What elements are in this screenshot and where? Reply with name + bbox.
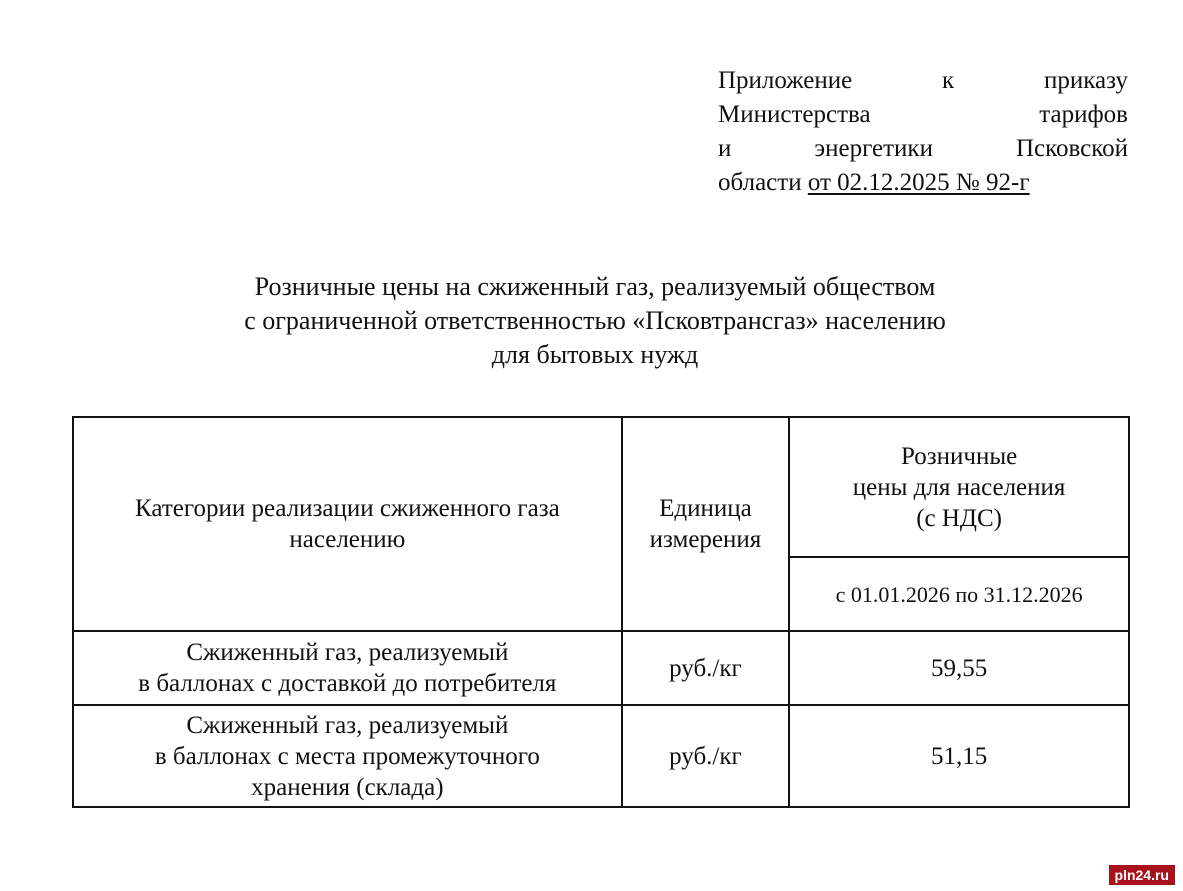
header-unit: Единица измерения	[622, 417, 789, 631]
appendix-header: Приложение к приказу Министерства тарифо…	[718, 64, 1128, 200]
row-unit: руб./кг	[622, 631, 789, 705]
row-price: 59,55	[789, 631, 1129, 705]
header-category: Категории реализации сжиженного газа нас…	[73, 417, 622, 631]
row-price: 51,15	[789, 705, 1129, 807]
appendix-prefix: области	[718, 169, 808, 196]
price-table: Категории реализации сжиженного газа нас…	[72, 416, 1130, 808]
row-category: Сжиженный газ, реализуемый в баллонах с …	[73, 631, 622, 705]
category-line: в баллонах с места промежуточного	[78, 741, 617, 772]
order-reference: от 02.12.2025 № 92-г	[808, 169, 1030, 196]
table-row: Сжиженный газ, реализуемый в баллонах с …	[73, 705, 1129, 807]
row-category: Сжиженный газ, реализуемый в баллонах с …	[73, 705, 622, 807]
title-line: для бытовых нужд	[150, 338, 1040, 372]
document-title: Розничные цены на сжиженный газ, реализу…	[150, 270, 1040, 372]
header-price: Розничные цены для населения (с НДС)	[789, 417, 1129, 557]
header-price-line: (с НДС)	[794, 503, 1124, 534]
header-price-line: Розничные	[794, 441, 1124, 472]
row-unit: руб./кг	[622, 705, 789, 807]
category-line: хранения (склада)	[78, 772, 617, 803]
appendix-line: Министерства тарифов	[718, 98, 1128, 132]
header-period: с 01.01.2026 по 31.12.2026	[789, 557, 1129, 631]
category-line: Сжиженный газ, реализуемый	[78, 637, 617, 668]
appendix-line: области от 02.12.2025 № 92-г	[718, 166, 1128, 200]
table-row: Сжиженный газ, реализуемый в баллонах с …	[73, 631, 1129, 705]
category-line: в баллонах с доставкой до потребителя	[78, 668, 617, 699]
appendix-line: и энергетики Псковской	[718, 132, 1128, 166]
watermark-logo: pln24.ru	[1109, 865, 1175, 885]
header-price-line: цены для населения	[794, 472, 1124, 503]
appendix-line: Приложение к приказу	[718, 64, 1128, 98]
title-line: с ограниченной ответственностью «Псковтр…	[150, 304, 1040, 338]
category-line: Сжиженный газ, реализуемый	[78, 710, 617, 741]
title-line: Розничные цены на сжиженный газ, реализу…	[150, 270, 1040, 304]
